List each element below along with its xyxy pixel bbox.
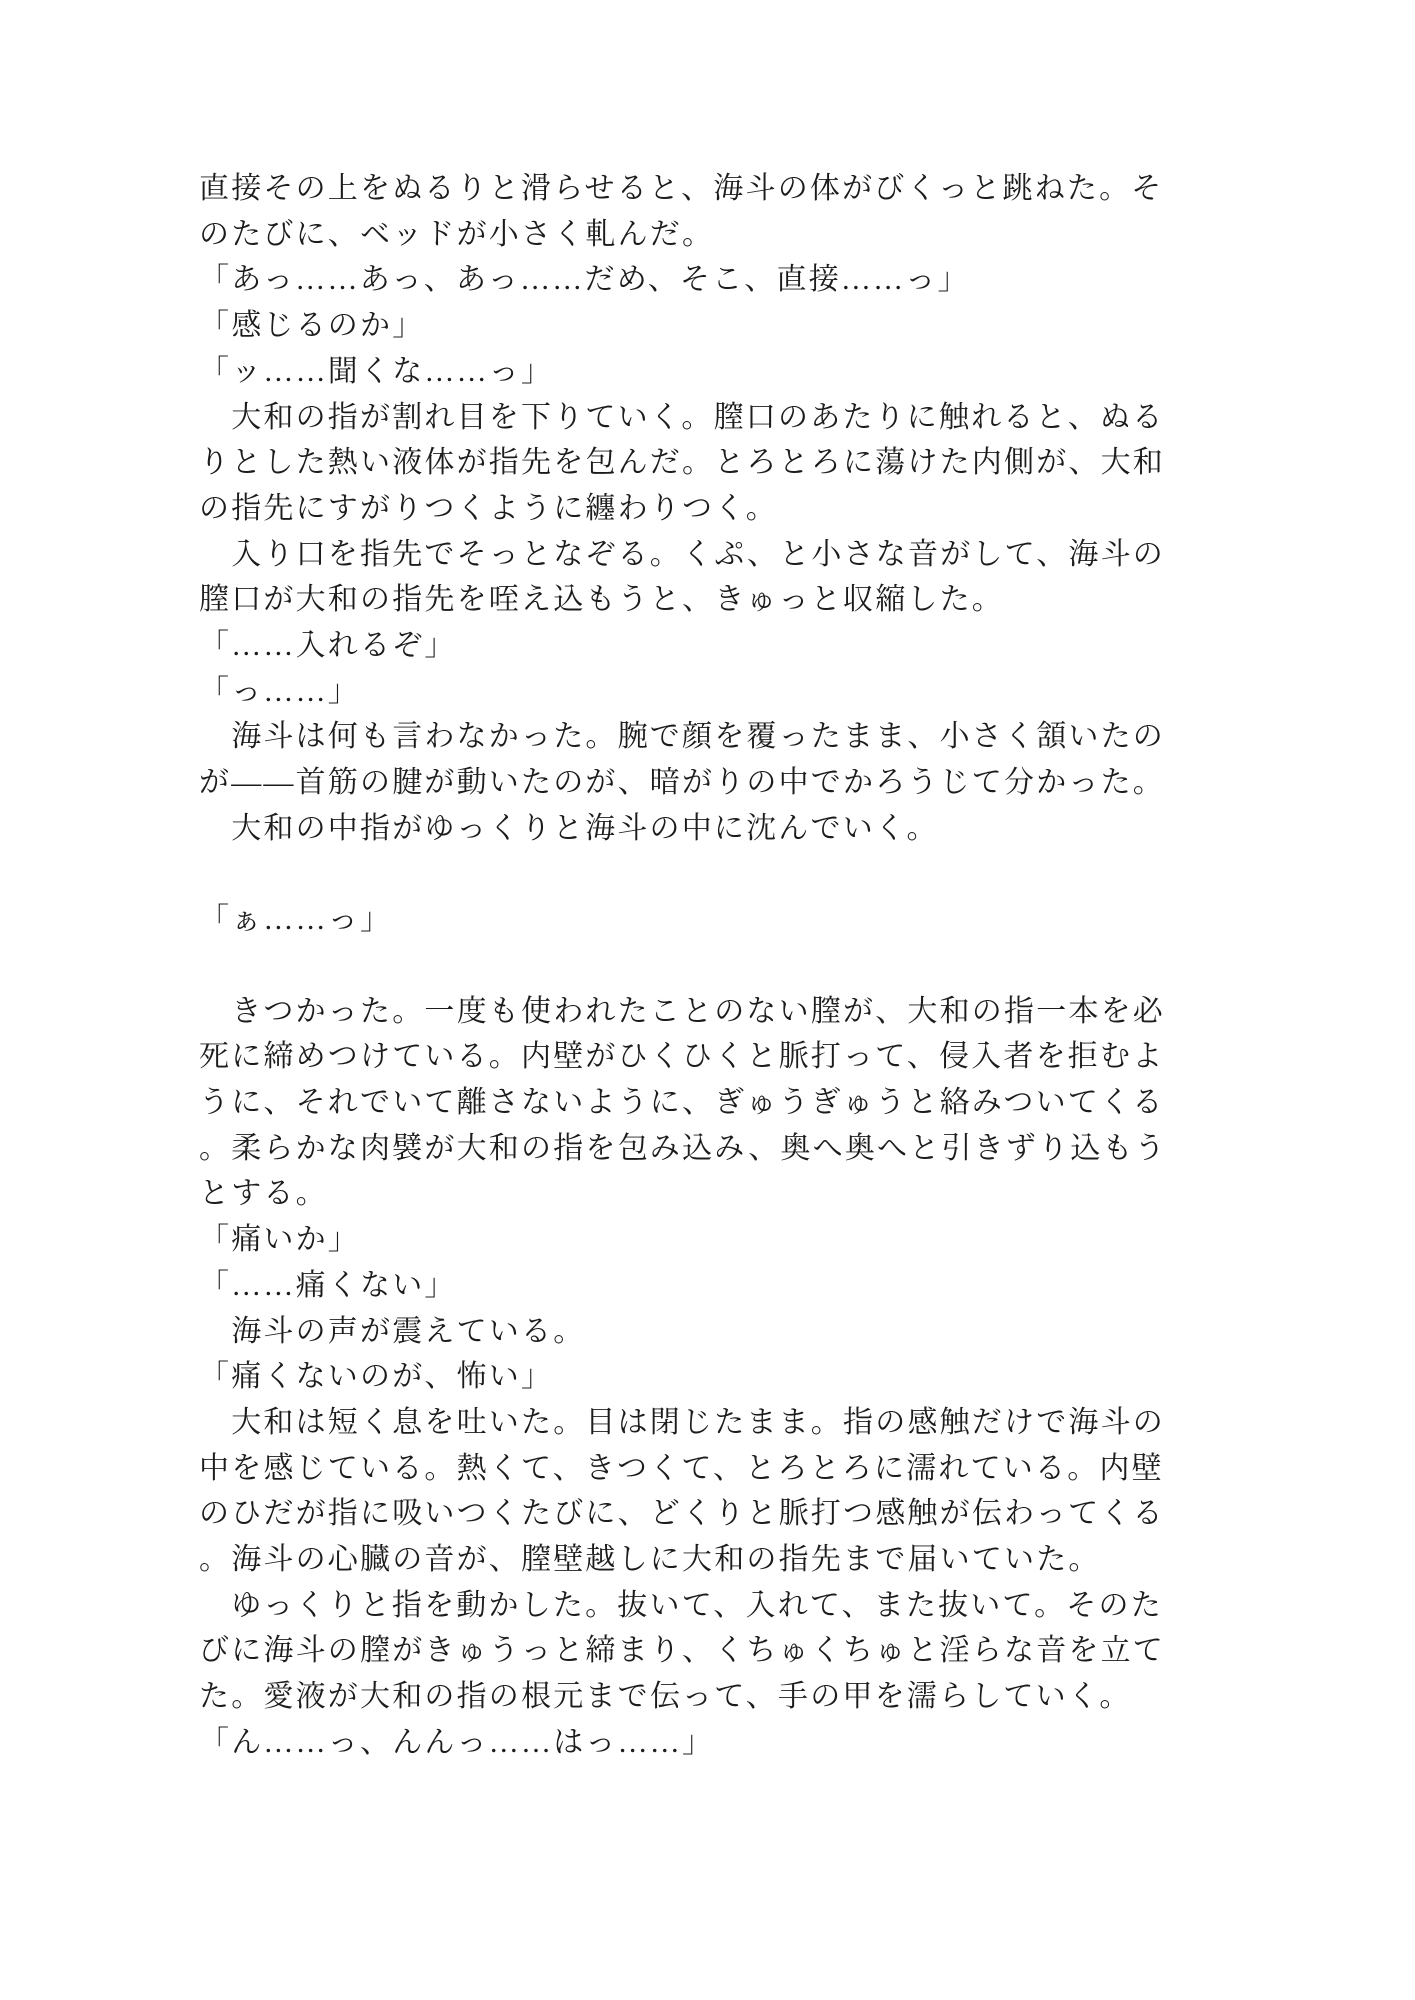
novel-text-body: 直接その上をぬるりと滑らせると、海斗の体がびくっと跳ねた。そのたびに、ベッドが小… [199, 166, 1189, 1766]
text-line: 大和の指が割れ目を下りていく。膣口のあたりに触れると、ぬる [199, 395, 1189, 441]
text-line: が――首筋の腱が動いたのが、暗がりの中でかろうじて分かった。 [199, 760, 1189, 806]
text-line: 。海斗の心臓の音が、膣壁越しに大和の指先まで届いていた。 [199, 1537, 1189, 1583]
text-line: 。柔らかな肉襞が大和の指を包み込み、奥へ奥へと引きずり込もう [199, 1126, 1189, 1172]
text-line: 大和は短く息を吐いた。目は閉じたまま。指の感触だけで海斗の [199, 1400, 1189, 1446]
text-line: とする。 [199, 1171, 1189, 1217]
text-line: た。愛液が大和の指の根元まで伝って、手の甲を濡らしていく。 [199, 1674, 1189, 1720]
text-line: うに、それでいて離さないように、ぎゅうぎゅうと絡みついてくる [199, 1080, 1189, 1126]
text-line: きつかった。一度も使われたことのない膣が、大和の指一本を必 [199, 989, 1189, 1035]
text-line: 「……痛くない」 [199, 1263, 1189, 1309]
text-line [199, 943, 1189, 989]
text-line: 「あっ……あっ、あっ……だめ、そこ、直接……っ」 [199, 257, 1189, 303]
text-line: の指先にすがりつくように纏わりつく。 [199, 486, 1189, 532]
text-line: 死に締めつけている。内壁がひくひくと脈打って、侵入者を拒むよ [199, 1034, 1189, 1080]
text-line: 「痛いか」 [199, 1217, 1189, 1263]
text-line: 「っ……」 [199, 669, 1189, 715]
text-line: びに海斗の膣がきゅうっと締まり、くちゅくちゅと淫らな音を立て [199, 1628, 1189, 1674]
text-line: 海斗は何も言わなかった。腕で顔を覆ったまま、小さく頷いたの [199, 714, 1189, 760]
text-line: 海斗の声が震えている。 [199, 1309, 1189, 1355]
text-line: 直接その上をぬるりと滑らせると、海斗の体がびくっと跳ねた。そ [199, 166, 1189, 212]
text-line: のひだが指に吸いつくたびに、どくりと脈打つ感触が伝わってくる [199, 1491, 1189, 1537]
text-line: 「痛くないのが、怖い」 [199, 1354, 1189, 1400]
text-line: ゆっくりと指を動かした。抜いて、入れて、また抜いて。そのた [199, 1583, 1189, 1629]
text-line: 膣口が大和の指先を咥え込もうと、きゅっと収縮した。 [199, 577, 1189, 623]
text-line: 「ぁ……っ」 [199, 897, 1189, 943]
document-page: 直接その上をぬるりと滑らせると、海斗の体がびくっと跳ねた。そのたびに、ベッドが小… [0, 0, 1415, 2000]
text-line: 中を感じている。熱くて、きつくて、とろとろに濡れている。内壁 [199, 1446, 1189, 1492]
text-line: 大和の中指がゆっくりと海斗の中に沈んでいく。 [199, 806, 1189, 852]
text-line: 入り口を指先でそっとなぞる。くぷ、と小さな音がして、海斗の [199, 532, 1189, 578]
text-line: のたびに、ベッドが小さく軋んだ。 [199, 212, 1189, 258]
text-line: 「感じるのか」 [199, 303, 1189, 349]
text-line: 「……入れるぞ」 [199, 623, 1189, 669]
text-line: 「ッ……聞くな……っ」 [199, 349, 1189, 395]
text-line: りとした熱い液体が指先を包んだ。とろとろに蕩けた内側が、大和 [199, 440, 1189, 486]
text-line: 「ん……っ、んんっ……はっ……」 [199, 1720, 1189, 1766]
text-line [199, 852, 1189, 898]
